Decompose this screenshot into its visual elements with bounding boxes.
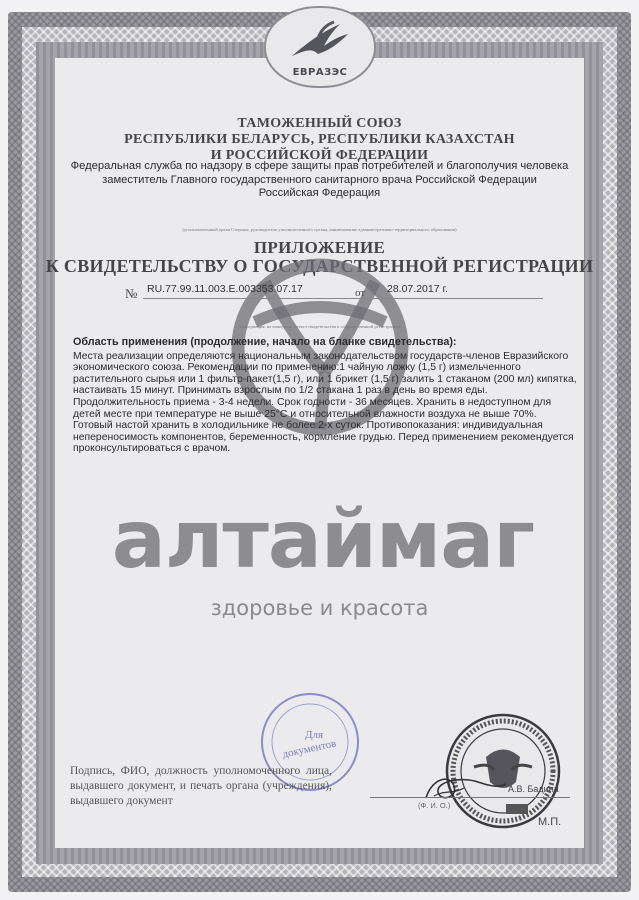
registration-line: № RU.77.99.11.003.E.003353.07.17 от 28.0… xyxy=(125,283,525,301)
signature-underline xyxy=(370,797,570,798)
signatory-name: А.В. Бадина xyxy=(508,784,559,794)
registration-date: 28.07.2017 г. xyxy=(387,283,448,295)
number-sign: № xyxy=(125,286,137,302)
eurasec-emblem: ЕВРАЗЭС xyxy=(264,6,376,88)
scope-text: Места реализации определяются национальн… xyxy=(73,351,578,455)
union-line: ТАМОЖЕННЫЙ СОЮЗ xyxy=(0,116,639,132)
eurasec-bird-icon xyxy=(288,18,352,62)
svg-text:Для: Для xyxy=(305,729,323,741)
registration-number: RU.77.99.11.003.E.003353.07.17 xyxy=(147,283,303,295)
signature-caption: (Ф. И. О.) xyxy=(418,801,450,810)
scope-heading: Область применения (продолжение, начало … xyxy=(73,337,578,349)
agency-line: заместитель Главного государственного са… xyxy=(0,174,639,188)
watermark-tagline: здоровье и красота xyxy=(0,596,639,620)
union-heading: ТАМОЖЕННЫЙ СОЮЗ РЕСПУБЛИКИ БЕЛАРУСЬ, РЕС… xyxy=(0,116,639,164)
signature-label: Подпись, ФИО, должность уполномоченного … xyxy=(70,764,332,809)
registration-underline xyxy=(143,298,543,299)
emblem-label: ЕВРАЗЭС xyxy=(293,67,348,78)
watermark-brand: алтаймаг xyxy=(88,500,558,580)
application-scope: Область применения (продолжение, начало … xyxy=(73,337,578,455)
agency-line: Российская Федерация xyxy=(0,187,639,201)
agency-line: Федеральная служба по надзору в сфере за… xyxy=(0,160,639,174)
agency-block: Федеральная служба по надзору в сфере за… xyxy=(0,160,639,201)
seal-place-mark: М.П. xyxy=(538,816,561,828)
agency-caption: (уполномоченный орган Стороны, руководит… xyxy=(0,227,639,232)
union-line: РЕСПУБЛИКИ БЕЛАРУСЬ, РЕСПУБЛИКИ КАЗАХСТА… xyxy=(0,132,639,148)
registration-caption: (информация, не вошедшая в текст свидете… xyxy=(0,324,639,329)
